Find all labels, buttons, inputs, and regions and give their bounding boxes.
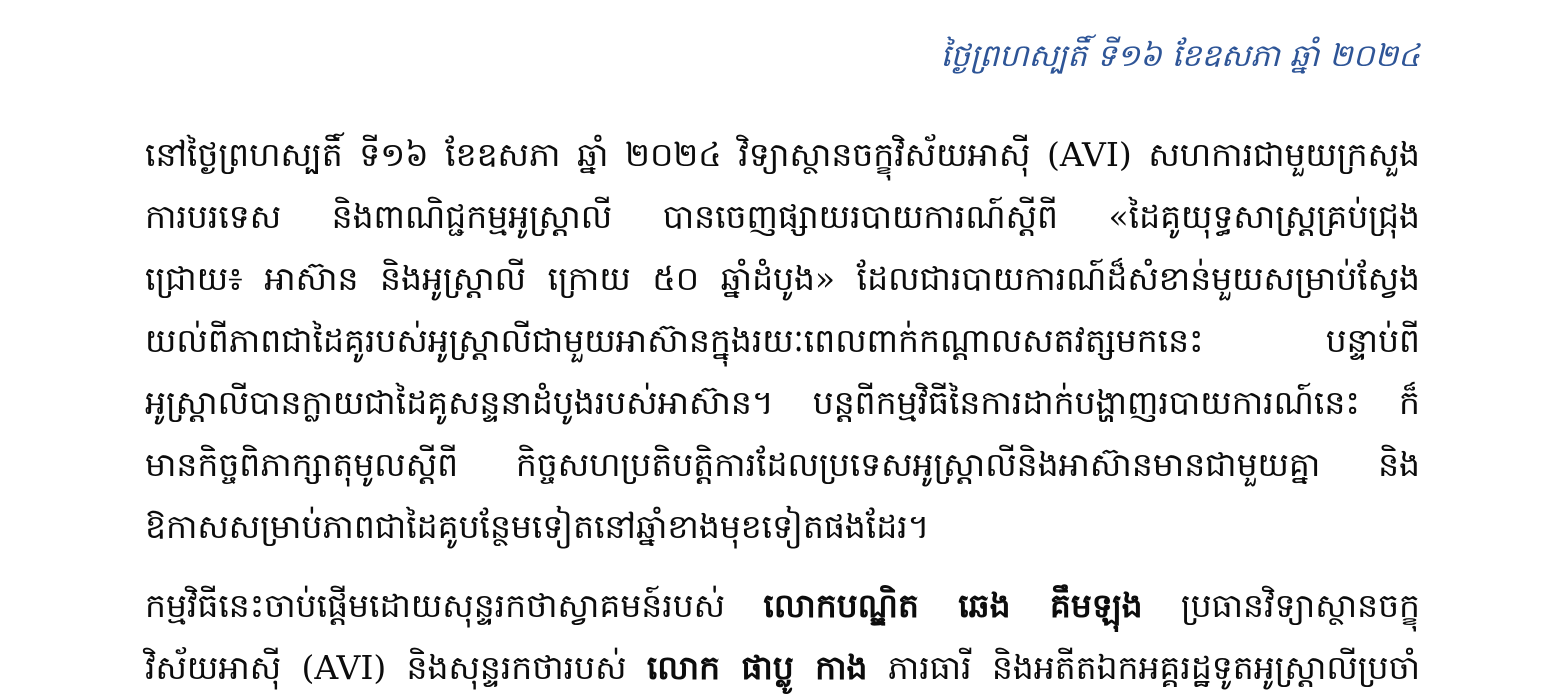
paragraph-1-line-5: អូស្ត្រាលីបានក្លាយជាដៃគូសន្ទនាដំបូងរបស់អ… bbox=[145, 372, 1420, 434]
paragraph-2-line-1-text-after: ប្រធានវិទ្យាស្ថានចក្ខុ bbox=[1143, 586, 1420, 625]
paragraph-2: កម្មវិធីនេះចាប់ផ្តើមដោយសុន្ទរកថាស្វាគមន៍… bbox=[145, 575, 1420, 699]
document-page: ថ្ងៃព្រហស្បតិ៍ ទី១៦ ខែឧសភា ឆ្នាំ ២០២៤ នៅ… bbox=[0, 0, 1550, 700]
paragraph-1-line-2: ការបរទេស និងពាណិជ្ជកម្មអូស្ត្រាលី បានចេញ… bbox=[145, 186, 1420, 248]
paragraph-2-line-2: វិស័យអាស៊ី (AVI) និងសុន្ទរកថារបស់ លោក ផា… bbox=[145, 637, 1420, 699]
paragraph-2-line-1-text: កម្មវិធីនេះចាប់ផ្តើមដោយសុន្ទរកថាស្វាគមន៍… bbox=[145, 586, 763, 625]
speaker-name-cheng-kimlong: លោកបណ្ឌិត ឆេង គឹមឡុង bbox=[763, 586, 1142, 625]
paragraph-1-line-6: មានកិច្ចពិភាក្សាតុមូលស្តីពី កិច្ចសហប្រតិ… bbox=[145, 434, 1420, 496]
paragraph-1-line-7: ឱកាសសម្រាប់ភាពជាដៃគូបន្ថែមទៀតនៅឆ្នាំខាងម… bbox=[145, 496, 1420, 558]
speaker-name-pablo-kang: លោក ផាប្លូ កាង bbox=[647, 648, 868, 687]
paragraph-1-line-1: នៅថ្ងៃព្រហស្បតិ៍ ទី១៦ ខែឧសភា ឆ្នាំ ២០២៤ … bbox=[145, 124, 1420, 186]
paragraph-1: នៅថ្ងៃព្រហស្បតិ៍ ទី១៦ ខែឧសភា ឆ្នាំ ២០២៤ … bbox=[145, 124, 1420, 558]
paragraph-2-line-2-text-after: ភារធារី និងអតីតឯកអគ្គរដ្ឋទូតអូស្ត្រាលីប្… bbox=[867, 648, 1420, 687]
document-date: ថ្ងៃព្រហស្បតិ៍ ទី១៦ ខែឧសភា ឆ្នាំ ២០២៤ bbox=[145, 30, 1420, 82]
paragraph-1-line-3: ជ្រោយ៖ អាស៊ាន និងអូស្ត្រាលី ក្រោយ ៥០ ឆ្ន… bbox=[145, 248, 1420, 310]
paragraph-2-line-1: កម្មវិធីនេះចាប់ផ្តើមដោយសុន្ទរកថាស្វាគមន៍… bbox=[145, 575, 1420, 637]
paragraph-2-line-2-text: វិស័យអាស៊ី (AVI) និងសុន្ទរកថារបស់ bbox=[145, 648, 647, 687]
paragraph-1-line-4: យល់ពីភាពជាដៃគូរបស់អូស្ត្រាលីជាមួយអាស៊ានក… bbox=[145, 310, 1420, 372]
